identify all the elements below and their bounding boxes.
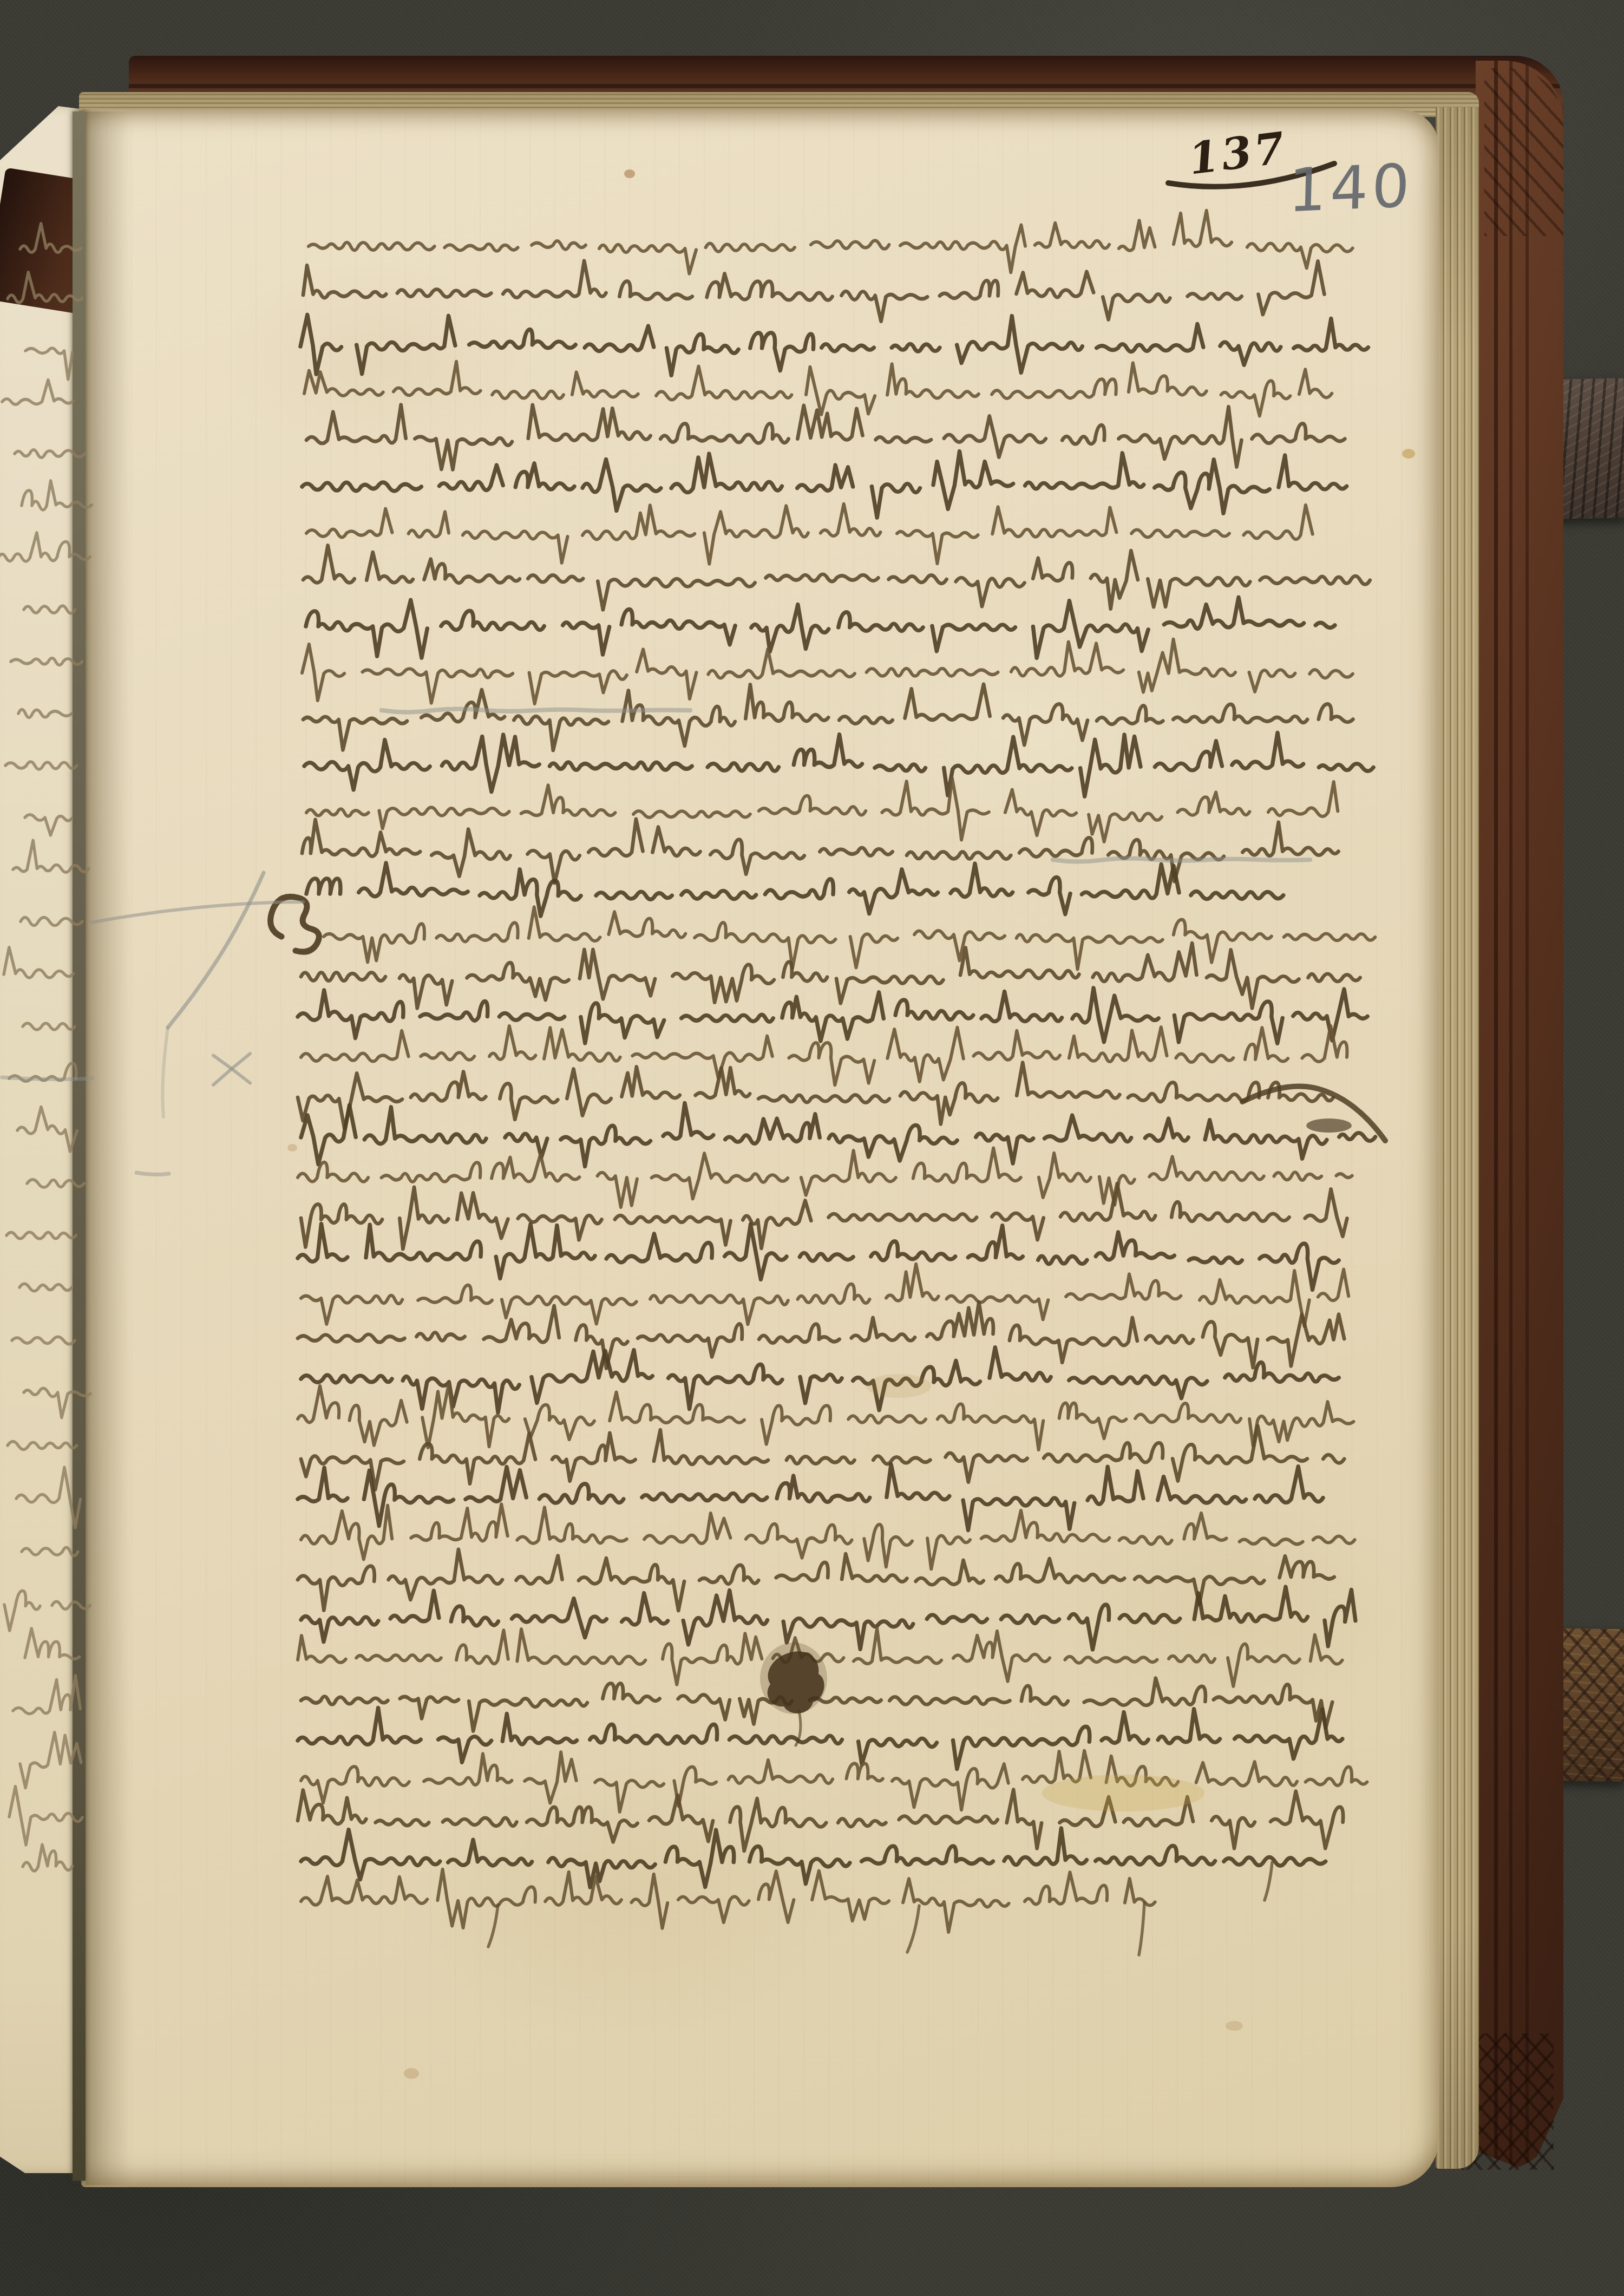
manuscript-page — [81, 109, 1439, 2187]
facing-page-edge — [0, 106, 83, 2173]
folio-number-pencil: 140 — [1287, 151, 1451, 228]
leather-tooling-top-corner — [1484, 68, 1563, 236]
page-block-fore-edge — [1436, 107, 1479, 2169]
gutter-fold-line — [73, 112, 86, 2181]
manuscript-scan: 137 140 — [0, 0, 1624, 2296]
leather-cover-right-edge — [1476, 61, 1563, 2172]
gutter-shadow — [86, 112, 132, 2185]
